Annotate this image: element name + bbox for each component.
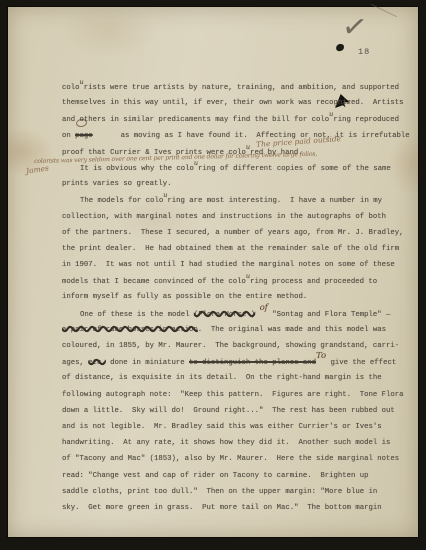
typed-segment: and is not legible. Mr. Bradley said thi… (62, 423, 382, 431)
typed-segment: give the effect (326, 359, 396, 367)
typed-segment: ring reproduced (333, 116, 399, 124)
typed-line: of "Tacony and Mac" (1853), also by Mr. … (62, 451, 410, 467)
typed-line: prints varies so greatly. (62, 176, 410, 192)
typed-segment: of the partners. These I secured, a numb… (62, 229, 404, 237)
page-number: 18 (358, 47, 370, 57)
typed-segment: ring are most interesting. I have a numb… (167, 197, 382, 205)
typed-line: a pair of race horses in action. The ori… (62, 322, 410, 338)
typed-segment: The models for colo (80, 197, 163, 205)
typed-segment: sky. Get more green in grass. Put more t… (62, 504, 382, 512)
typed-segment: collection, with marginal notes and inst… (62, 213, 386, 221)
typed-text-body: colourists were true artists by nature, … (62, 79, 410, 516)
typed-segment: "Sontag and Flora Temple" — (268, 311, 391, 319)
typed-segment: of "Tacony and Mac" (1853), also by Mr. … (62, 455, 399, 463)
typed-line: themselves in this way until, if ever, t… (62, 95, 410, 111)
typed-line: coloured, in 1855, by Mr. Maurer. The ba… (62, 338, 410, 354)
typed-segment (255, 311, 259, 319)
typed-segment: ring process and proceeded to (250, 278, 377, 286)
typed-segment: ages, (62, 359, 88, 367)
typed-segment: One of these is the model (80, 311, 194, 319)
typed-line: The models for colouring are most intere… (62, 192, 410, 208)
typed-line: One of these is the model (Flora Horse )… (62, 306, 410, 322)
typed-line: following autograph note: "Keep this pat… (62, 387, 410, 403)
typed-segment: It is obvious why the colo (80, 165, 194, 173)
typed-line: inform myself as fully as possible on th… (62, 289, 410, 305)
corner-crease (371, 4, 397, 17)
typed-segment-strike-heavy: (Flora Horse ) (194, 311, 255, 319)
handwritten-margin-note-3: James (25, 163, 49, 175)
typed-segment-hw: To (316, 351, 326, 361)
typed-segment: themselves in this way until, if ever, t… (62, 99, 404, 107)
typed-segment-ins: u (163, 191, 167, 199)
typed-segment-strike: page (75, 132, 93, 140)
typed-segment-strike-heavy: etc. (88, 359, 106, 367)
typed-line: collection, with marginal notes and inst… (62, 209, 410, 225)
typed-segment: inform myself as fully as possible on th… (62, 293, 307, 301)
typed-segment: saddle cloths, print too dull." Then on … (62, 488, 377, 496)
typed-line: colourists were true artists by nature, … (62, 79, 410, 95)
typed-segment: models that I became convinced of the co… (62, 278, 246, 286)
typed-segment-ins: u (329, 110, 333, 118)
ink-dot-mark (335, 43, 344, 52)
typed-line: handwriting. At any rate, it shows how t… (62, 435, 410, 451)
typed-segment: on (62, 132, 75, 140)
typed-segment: in 1907. It was not until I had studied … (62, 261, 395, 269)
typed-line: of the partners. These I secured, a numb… (62, 225, 410, 241)
typed-segment: done in miniature (106, 359, 189, 367)
typed-segment: the print dealer. He had obtained them a… (62, 245, 399, 253)
typed-segment: coloured, in 1855, by Mr. Maurer. The ba… (62, 342, 399, 350)
typed-line: ages, etc. done in miniature to distingu… (62, 354, 410, 370)
typed-segment-ins: u (80, 78, 84, 86)
typed-line: the print dealer. He had obtained them a… (62, 241, 410, 257)
typed-segment: down a little. Sky will do! Ground right… (62, 407, 395, 415)
typed-line: in 1907. It was not until I had studied … (62, 257, 410, 273)
manuscript-page: 18 ✓ colourists were true artists by nat… (8, 7, 418, 537)
typed-segment-ins: u (246, 143, 250, 151)
typed-line: read: "Change vest and cap of rider on T… (62, 468, 410, 484)
typed-segment: prints varies so greatly. (62, 180, 171, 188)
typed-segment: and others in similar predicaments may f… (62, 116, 329, 124)
typed-line: models that I became convinced of the co… (62, 273, 410, 289)
typed-segment: ring of different copies of some of the … (198, 165, 391, 173)
typed-line: of distance, is exquisite in its detail.… (62, 370, 410, 386)
typed-segment-ins: u (246, 272, 250, 280)
typed-line: and others in similar predicaments may f… (62, 111, 410, 127)
typed-line: and is not legible. Mr. Bradley said thi… (62, 419, 410, 435)
typed-segment: read: "Change vest and cap of rider on T… (62, 472, 369, 480)
typed-segment: colo (62, 84, 80, 92)
typed-segment-strike: to distinguish the planes and (189, 359, 316, 367)
typed-line: on pageas moving as I have found it. Aff… (62, 128, 410, 144)
typed-segment: following autograph note: "Keep this pat… (62, 391, 404, 399)
typed-line: down a little. Sky will do! Ground right… (62, 403, 410, 419)
typed-segment: rists were true artists by nature, train… (84, 84, 399, 92)
typed-line: saddle cloths, print too dull." Then on … (62, 484, 410, 500)
typed-segment: handwriting. At any rate, it shows how t… (62, 439, 390, 447)
typed-segment: of distance, is exquisite in its detail.… (62, 374, 382, 382)
typed-segment: . The original was made and this model w… (198, 326, 386, 334)
typed-line: sky. Get more green in grass. Put more t… (62, 500, 410, 516)
typed-segment-strike-heavy: a pair of race horses in action (62, 326, 198, 334)
checkmark-icon: ✓ (340, 11, 370, 45)
typed-segment-hw: of (260, 303, 268, 313)
